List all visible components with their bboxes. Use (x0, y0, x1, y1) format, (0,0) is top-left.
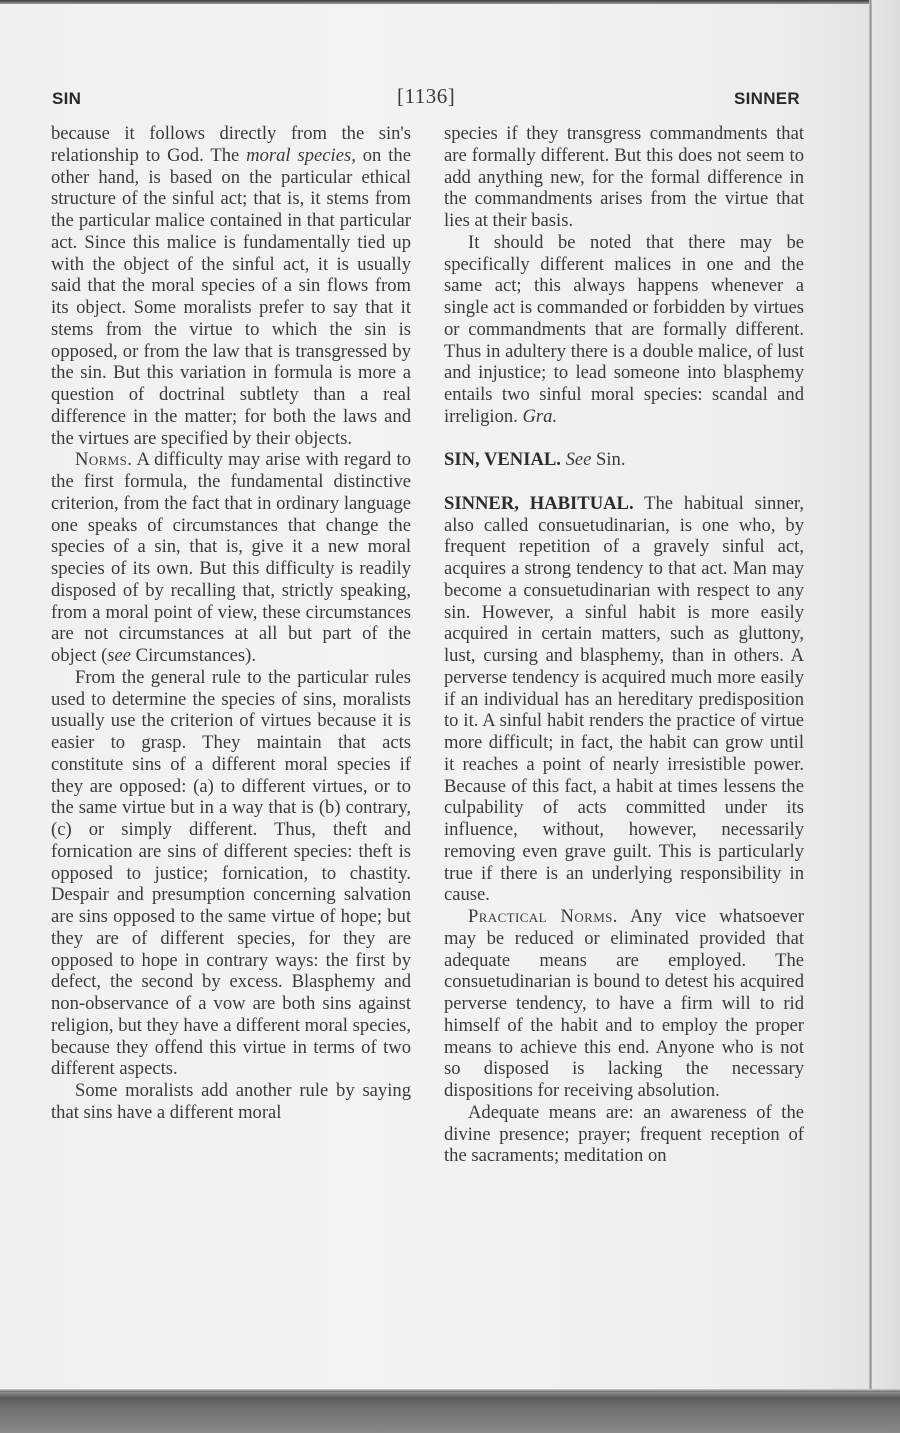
author-initials: Gra. (523, 406, 558, 427)
text: It should be noted that there may be spe… (444, 232, 804, 427)
paragraph: species if they transgress commandments … (444, 123, 804, 232)
entry-headword: SINNER, HABITUAL. (444, 493, 634, 514)
right-column: species if they transgress commandments … (444, 123, 804, 1167)
italic-see: see (107, 645, 131, 666)
section-label: Norms. (75, 449, 132, 470)
page-header: SIN [1136] SINNER (52, 84, 800, 114)
text: on the other hand, is based on the parti… (51, 145, 411, 449)
paragraph: Some moralists add another rule by sayin… (51, 1080, 411, 1124)
paragraph: It should be noted that there may be spe… (444, 232, 804, 428)
entry-spacer (444, 471, 804, 493)
paragraph-norms: Norms. A difficulty may arise with regar… (51, 449, 411, 667)
left-column: because it follows directly from the sin… (51, 123, 411, 1124)
italic-term: moral species, (246, 145, 356, 166)
text: A difficulty may arise with regard to th… (51, 449, 411, 666)
cross-reference: Sin. (591, 449, 625, 470)
section-label: Practical Norms. (468, 906, 618, 927)
paragraph-practical-norms: Practical Norms. Any vice whatsoever may… (444, 906, 804, 1102)
scanner-bottom-shadow (0, 1392, 900, 1433)
italic-see: See (566, 449, 592, 470)
entry-headword: SIN, VENIAL. (444, 449, 561, 470)
page-top-edge (0, 0, 900, 4)
page-number: [1136] (397, 84, 455, 109)
book-spine-shadow (869, 0, 872, 1390)
entry-sin-venial: SIN, VENIAL. See Sin. (444, 449, 804, 471)
entry-sinner-habitual: SINNER, HABITUAL. The habitual sinner, a… (444, 493, 804, 906)
running-head-left: SIN (52, 89, 81, 109)
paragraph: From the general rule to the particular … (51, 667, 411, 1080)
facing-page-strip (872, 0, 900, 1390)
scanned-page: SIN [1136] SINNER because it follows dir… (0, 0, 900, 1433)
entry-spacer (444, 428, 804, 450)
paragraph: Adequate means are: an awareness of the … (444, 1102, 804, 1167)
text: Any vice whatsoever may be reduced or el… (444, 906, 804, 1101)
running-head-right: SINNER (734, 89, 800, 109)
paragraph: because it follows directly from the sin… (51, 123, 411, 449)
text: Circumstances). (131, 645, 256, 666)
text: The habitual sinner, also called consuet… (444, 493, 804, 906)
